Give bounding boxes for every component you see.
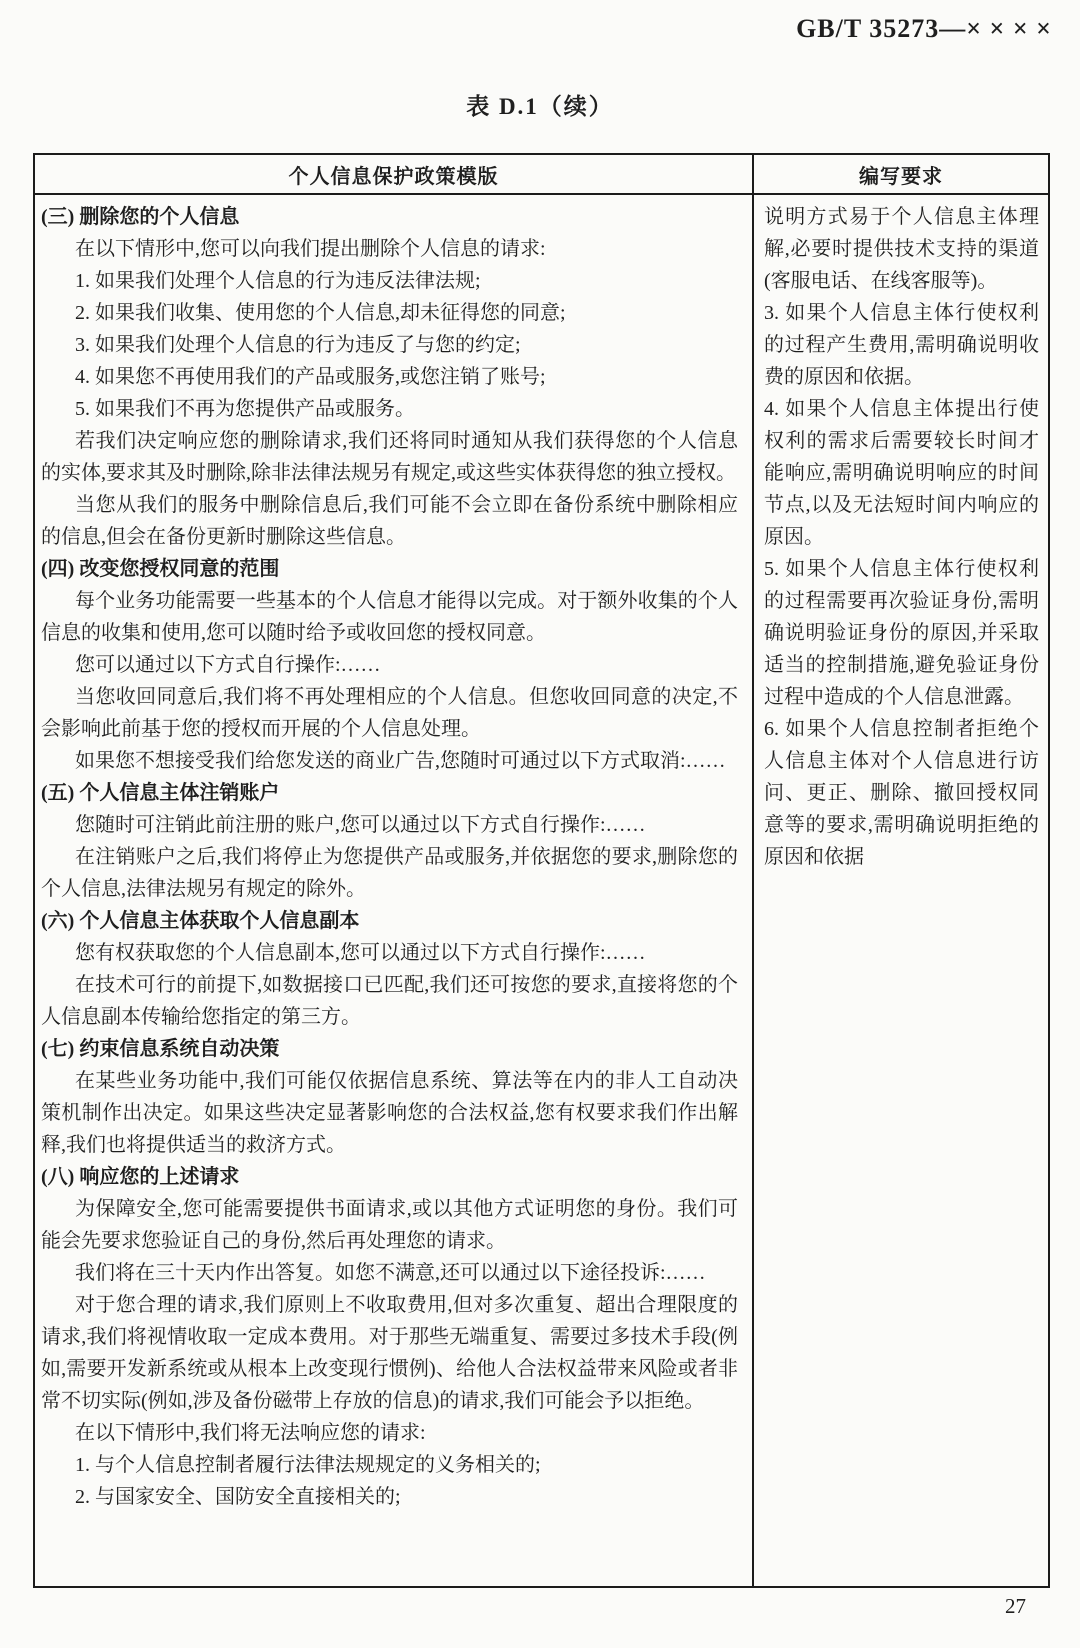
policy-paragraph: 说明方式易于个人信息主体理解,必要时提供技术支持的渠道(客服电话、在线客服等)。 [764, 201, 1039, 297]
policy-paragraph: 3. 如果我们处理个人信息的行为违反了与您的约定; [41, 329, 738, 361]
policy-paragraph: 您有权获取您的个人信息副本,您可以通过以下方式自行操作:…… [41, 937, 738, 969]
policy-paragraph: 在技术可行的前提下,如数据接口已匹配,我们还可按您的要求,直接将您的个人信息副本… [41, 969, 738, 1033]
policy-paragraph: 在以下情形中,我们将无法响应您的请求: [41, 1417, 738, 1449]
section-heading: (五) 个人信息主体注销账户 [41, 777, 738, 809]
policy-paragraph: 2. 如果我们收集、使用您的个人信息,却未征得您的同意; [41, 297, 738, 329]
policy-paragraph: 4. 如果个人信息主体提出行使权利的需求后需要较长时间才能响应,需明确说明响应的… [764, 393, 1039, 553]
table-header-row: 个人信息保护政策模版 编写要求 [34, 154, 1049, 194]
policy-paragraph: 您可以通过以下方式自行操作:…… [41, 649, 738, 681]
policy-paragraph: 2. 与国家安全、国防安全直接相关的; [41, 1481, 738, 1513]
writing-requirements-cell: 说明方式易于个人信息主体理解,必要时提供技术支持的渠道(客服电话、在线客服等)。… [753, 194, 1049, 1587]
table-body-row: (三) 删除您的个人信息在以下情形中,您可以向我们提出删除个人信息的请求:1. … [34, 194, 1049, 1587]
policy-template-cell: (三) 删除您的个人信息在以下情形中,您可以向我们提出删除个人信息的请求:1. … [34, 194, 753, 1587]
policy-paragraph: 若我们决定响应您的删除请求,我们还将同时通知从我们获得您的个人信息的实体,要求其… [41, 425, 738, 489]
policy-paragraph: 如果您不想接受我们给您发送的商业广告,您随时可通过以下方式取消:…… [41, 745, 738, 777]
policy-paragraph: 3. 如果个人信息主体行使权利的过程产生费用,需明确说明收费的原因和依据。 [764, 297, 1039, 393]
column-header-writing-requirements: 编写要求 [753, 154, 1049, 194]
policy-paragraph: 1. 如果我们处理个人信息的行为违反法律法规; [41, 265, 738, 297]
policy-paragraph: 5. 如果个人信息主体行使权利的过程需要再次验证身份,需明确说明验证身份的原因,… [764, 553, 1039, 713]
policy-paragraph: 在以下情形中,您可以向我们提出删除个人信息的请求: [41, 233, 738, 265]
policy-paragraph: 5. 如果我们不再为您提供产品或服务。 [41, 393, 738, 425]
page-number: 27 [1005, 1594, 1026, 1619]
section-heading: (七) 约束信息系统自动决策 [41, 1033, 738, 1065]
policy-paragraph: 在某些业务功能中,我们可能仅依据信息系统、算法等在内的非人工自动决策机制作出决定… [41, 1065, 738, 1161]
policy-paragraph: 您随时可注销此前注册的账户,您可以通过以下方式自行操作:…… [41, 809, 738, 841]
standard-number: GB/T 35273—× × × × [796, 14, 1052, 44]
section-heading: (四) 改变您授权同意的范围 [41, 553, 738, 585]
policy-paragraph: 1. 与个人信息控制者履行法律法规规定的义务相关的; [41, 1449, 738, 1481]
policy-paragraph: 我们将在三十天内作出答复。如您不满意,还可以通过以下途径投诉:…… [41, 1257, 738, 1289]
policy-paragraph: 4. 如果您不再使用我们的产品或服务,或您注销了账号; [41, 361, 738, 393]
column-header-policy-template: 个人信息保护政策模版 [34, 154, 753, 194]
section-heading: (三) 删除您的个人信息 [41, 201, 738, 233]
policy-paragraph: 为保障安全,您可能需要提供书面请求,或以其他方式证明您的身份。我们可能会先要求您… [41, 1193, 738, 1257]
policy-paragraph: 当您从我们的服务中删除信息后,我们可能不会立即在备份系统中删除相应的信息,但会在… [41, 489, 738, 553]
policy-paragraph: 在注销账户之后,我们将停止为您提供产品或服务,并依据您的要求,删除您的个人信息,… [41, 841, 738, 905]
policy-paragraph: 当您收回同意后,我们将不再处理相应的个人信息。但您收回同意的决定,不会影响此前基… [41, 681, 738, 745]
policy-paragraph: 对于您合理的请求,我们原则上不收取费用,但对多次重复、超出合理限度的请求,我们将… [41, 1289, 738, 1417]
policy-paragraph: 每个业务功能需要一些基本的个人信息才能得以完成。对于额外收集的个人信息的收集和使… [41, 585, 738, 649]
section-heading: (八) 响应您的上述请求 [41, 1161, 738, 1193]
policy-table: 个人信息保护政策模版 编写要求 (三) 删除您的个人信息在以下情形中,您可以向我… [33, 153, 1050, 1588]
policy-paragraph: 6. 如果个人信息控制者拒绝个人信息主体对个人信息进行访问、更正、删除、撤回授权… [764, 713, 1039, 873]
table-caption: 表 D.1（续） [0, 88, 1080, 121]
section-heading: (六) 个人信息主体获取个人信息副本 [41, 905, 738, 937]
